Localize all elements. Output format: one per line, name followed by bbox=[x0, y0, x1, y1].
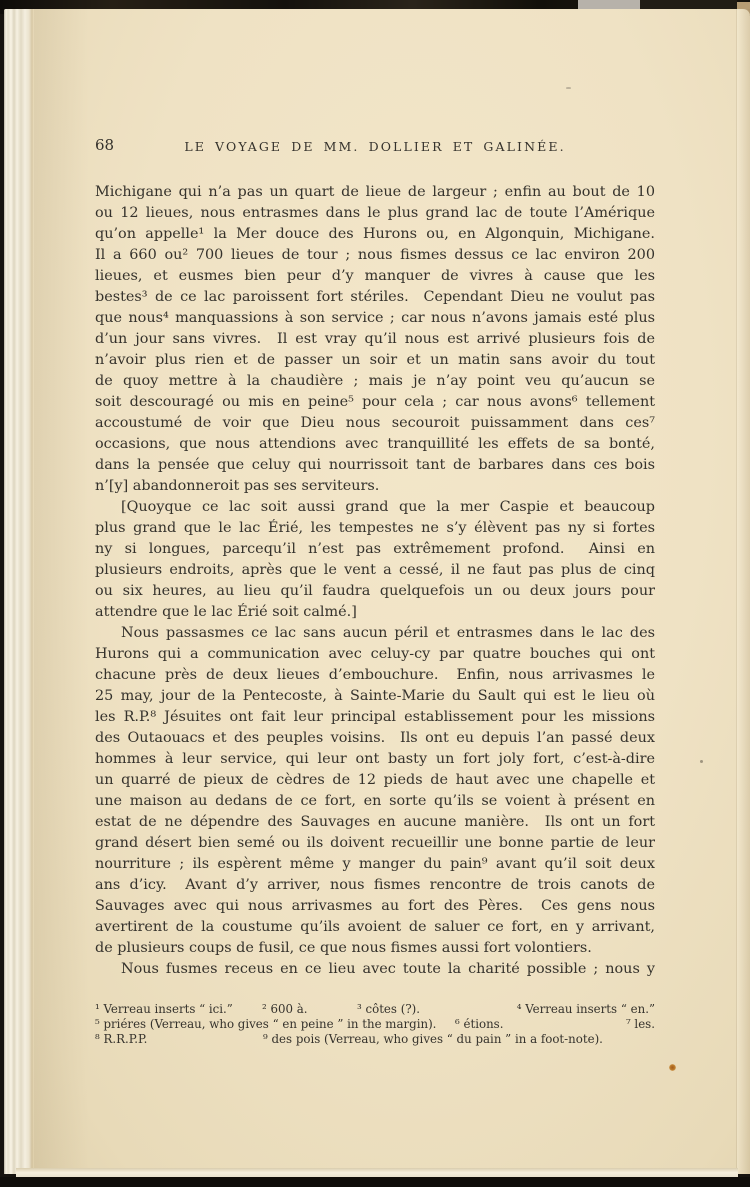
text-line: 25 may, jour de la Pentecoste, à Sainte-… bbox=[95, 686, 655, 707]
text-line: estat de ne dépendre des Sauvages en auc… bbox=[95, 812, 655, 833]
text-line: plus grand que le lac Érié, les tempeste… bbox=[95, 518, 655, 539]
text-line: occasions, que nous attendions avec tran… bbox=[95, 434, 655, 455]
text-line: de quoy mettre à la chaudière ; mais je … bbox=[95, 371, 655, 392]
footnote-6: ⁶ étions. bbox=[455, 1017, 503, 1032]
footnote-5: ⁵ priéres (Verreau, who gives “ en peine… bbox=[95, 1017, 436, 1032]
page-right-edge bbox=[737, 9, 750, 1174]
text-line: Il a 660 ou² 700 lieues de tour ; nous f… bbox=[95, 245, 655, 266]
footnote-4: ⁴ Verreau inserts “ en.” bbox=[517, 1002, 655, 1017]
text-line: plusieurs endroits, après que le vent a … bbox=[95, 560, 655, 581]
text-line: ans d’icy. Avant d’y arriver, nous fisme… bbox=[95, 875, 655, 896]
text-line: Nous fusmes receus en ce lieu avec toute… bbox=[95, 959, 655, 980]
text-line: avertirent de la coustume qu’ils avoient… bbox=[95, 917, 655, 938]
text-line: Michigane qui n’a pas un quart de lieue … bbox=[95, 182, 655, 203]
footnote-1: ¹ Verreau inserts “ ici.” bbox=[95, 1002, 233, 1017]
footnote-2: ² 600 à. bbox=[262, 1002, 308, 1017]
text-line: un quarré de pieux de cèdres de 12 pieds… bbox=[95, 770, 655, 791]
text-line: attendre que le lac Érié soit calmé.] bbox=[95, 602, 655, 623]
text-line: nourriture ; ils espèrent même y manger … bbox=[95, 854, 655, 875]
paper-speck bbox=[700, 760, 703, 763]
text-line: [Quoyque ce lac soit aussi grand que la … bbox=[95, 497, 655, 518]
book-page-scan: 68 LE VOYAGE DE MM. DOLLIER ET GALINÉE. … bbox=[0, 0, 750, 1187]
text-line: une maison au dedans de ce fort, en sort… bbox=[95, 791, 655, 812]
text-line: accoustumé de voir que Dieu nous secouro… bbox=[95, 413, 655, 434]
binding-shadow bbox=[34, 9, 89, 1174]
footnote-8: ⁸ R.R.P.P. bbox=[95, 1032, 147, 1047]
text-line: Nous passasmes ce lac sans aucun péril e… bbox=[95, 623, 655, 644]
background-bottom-strip bbox=[0, 1177, 750, 1187]
text-line: n’[y] abandonneroit pas ses serviteurs. bbox=[95, 476, 655, 497]
stacked-page-edges bbox=[4, 9, 34, 1174]
text-line: hommes à leur service, qui leur ont bast… bbox=[95, 749, 655, 770]
text-line: d’un jour sans vivres. Il est vray qu’il… bbox=[95, 329, 655, 350]
text-line: les R.P.⁸ Jésuites ont fait leur princip… bbox=[95, 707, 655, 728]
text-line: grand désert bien semé ou ils doivent re… bbox=[95, 833, 655, 854]
page-content: 68 LE VOYAGE DE MM. DOLLIER ET GALINÉE. … bbox=[95, 0, 655, 1187]
text-line: soit descouragé ou mis en peine⁵ pour ce… bbox=[95, 392, 655, 413]
footnote-row: ⁸ R.R.P.P. ⁹ des pois (Verreau, who give… bbox=[95, 1032, 655, 1047]
running-header: 68 LE VOYAGE DE MM. DOLLIER ET GALINÉE. bbox=[95, 136, 655, 158]
text-line: lieues, et eusmes bien peur d’y manquer … bbox=[95, 266, 655, 287]
text-line: que nous⁴ manquassions à son service ; c… bbox=[95, 308, 655, 329]
text-line: bestes³ de ce lac paroissent fort stéril… bbox=[95, 287, 655, 308]
foxing-spot bbox=[669, 1064, 676, 1071]
footnote-row: ⁵ priéres (Verreau, who gives “ en peine… bbox=[95, 1017, 655, 1032]
footnote-9: ⁹ des pois (Verreau, who gives “ du pain… bbox=[263, 1032, 603, 1047]
text-line: qu’on appelle¹ la Mer douce des Hurons o… bbox=[95, 224, 655, 245]
text-line: n’avoir plus rien et de passer un soir e… bbox=[95, 350, 655, 371]
body-text: Michigane qui n’a pas un quart de lieue … bbox=[95, 182, 655, 980]
text-line: ny si longues, parcequ’il n’est pas extr… bbox=[95, 539, 655, 560]
text-line: des Outaouacs et des peuples voisins. Il… bbox=[95, 728, 655, 749]
running-title: LE VOYAGE DE MM. DOLLIER ET GALINÉE. bbox=[95, 139, 655, 154]
footnote-3: ³ côtes (?). bbox=[357, 1002, 420, 1017]
text-line: Hurons qui a communication avec celuy-cy… bbox=[95, 644, 655, 665]
text-line: de plusieurs coups de fusil, ce que nous… bbox=[95, 938, 655, 959]
footnotes: ¹ Verreau inserts “ ici.” ² 600 à. ³ côt… bbox=[95, 1002, 655, 1047]
footnote-row: ¹ Verreau inserts “ ici.” ² 600 à. ³ côt… bbox=[95, 1002, 655, 1017]
paper-speck bbox=[566, 87, 571, 89]
text-line: Sauvages avec qui nous arrivasmes au for… bbox=[95, 896, 655, 917]
text-line: dans la pensée que celuy qui nourrissoit… bbox=[95, 455, 655, 476]
text-line: ou six heures, au lieu qu’il faudra quel… bbox=[95, 581, 655, 602]
text-line: chacune près de deux lieues d’embouchure… bbox=[95, 665, 655, 686]
footnote-7: ⁷ les. bbox=[626, 1017, 655, 1032]
text-line: ou 12 lieues, nous entrasmes dans le plu… bbox=[95, 203, 655, 224]
